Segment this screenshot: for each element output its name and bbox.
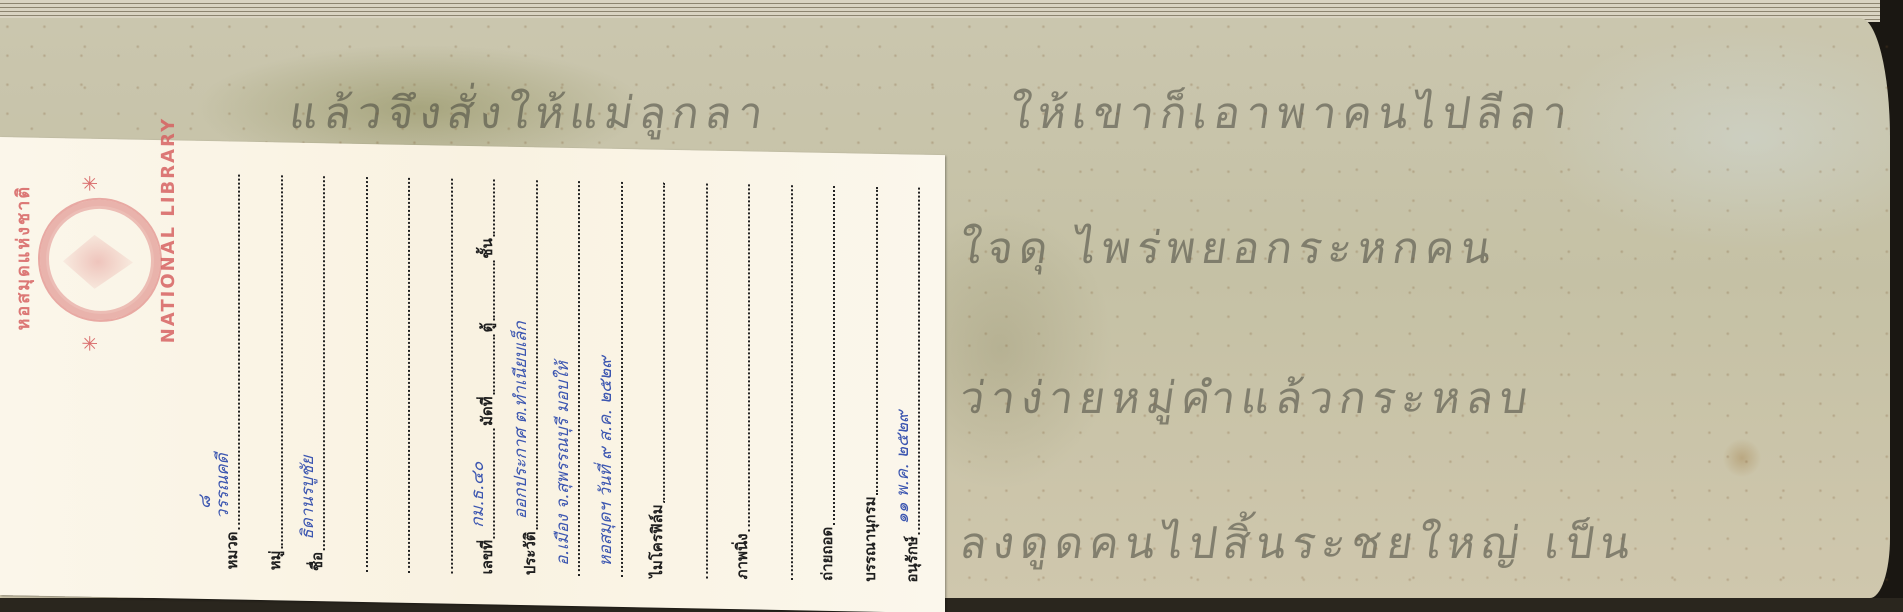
card-field-row bbox=[771, 185, 797, 580]
field-dotted-line bbox=[833, 186, 835, 525]
field-label: อนุรักษ์ bbox=[900, 534, 924, 583]
field-label: ภาพนิ่ง bbox=[730, 531, 754, 579]
field-label: ถ่ายถอด bbox=[815, 525, 839, 582]
stamp-english-text: NATIONAL LIBRARY bbox=[158, 117, 179, 344]
field-dotted-line bbox=[663, 183, 665, 503]
handwritten-value: วรรณคดี bbox=[209, 453, 236, 520]
card-field-row: เลขที่กม.ธ.๔๐มัดที่ตู้ชั้น bbox=[473, 179, 499, 574]
field-dotted-line bbox=[791, 185, 793, 580]
card-field-row bbox=[346, 177, 372, 572]
field-dotted-line bbox=[493, 334, 495, 394]
field-label: หมวด bbox=[220, 529, 244, 569]
field-sub-label: มัดที่ bbox=[475, 394, 499, 428]
field-dotted-line: หอสมุดฯ วันที่ ๙ ส.ค. ๒๕๒๙ bbox=[621, 182, 623, 577]
field-dotted-line: กม.ธ.๔๐ bbox=[493, 428, 495, 538]
handwritten-note: ๘ bbox=[191, 496, 218, 510]
card-field-row: ภาพนิ่ง bbox=[728, 184, 754, 579]
catalog-card: ✳ ✳ หอสมุดแห่งชาติ NATIONAL LIBRARY หมวด… bbox=[0, 137, 945, 612]
card-field-row: ประวัติออกประกาศ ต.ทำเนียบเล็ก bbox=[516, 180, 542, 575]
field-label: ไมโครฟิล์ม bbox=[645, 502, 669, 578]
field-dotted-line bbox=[408, 178, 410, 573]
field-label: บรรณานุกรม bbox=[858, 494, 882, 582]
star-icon: ✳ bbox=[78, 335, 102, 352]
card-field-row: ชื่อธิดานรบูชัย bbox=[303, 176, 329, 571]
field-dotted-line bbox=[281, 175, 283, 548]
field-sub-label: ตู้ bbox=[475, 320, 499, 334]
card-field-row bbox=[388, 177, 414, 572]
star-icon: ✳ bbox=[78, 175, 102, 192]
manuscript-line: ใจดุ ไพร่พยอกระหกคน bbox=[955, 213, 1502, 283]
field-dotted-line: อ.เมือง จ.สุพรรณบุรี มอบให้ bbox=[578, 181, 580, 576]
field-dotted-line bbox=[748, 184, 750, 531]
field-label: หมู่ bbox=[263, 548, 287, 570]
field-label: ชื่อ bbox=[305, 550, 329, 572]
field-label: เลขที่ bbox=[475, 538, 499, 575]
card-field-row bbox=[686, 183, 712, 578]
field-dotted-line bbox=[493, 261, 495, 321]
field-dotted-line bbox=[493, 179, 495, 236]
handwritten-value: กม.ธ.๔๐ bbox=[464, 462, 491, 528]
field-dotted-line bbox=[366, 177, 368, 572]
handwritten-value: ๑๑ พ.ค. ๒๕๒๙ bbox=[889, 410, 916, 524]
card-field-row: หมวดวรรณคดี๘ bbox=[218, 174, 244, 569]
card-field-row: อนุรักษ์๑๑ พ.ค. ๒๕๒๙ bbox=[898, 187, 924, 582]
manuscript-line: ว่าง่ายหมู่คำแล้วกระหลบ bbox=[955, 363, 1538, 433]
card-field-row: ถ่ายถอด bbox=[813, 186, 839, 581]
card-field-row: บรรณานุกรม bbox=[856, 186, 882, 581]
manuscript-line: ให้เขาก็เอาพาคนไปลีลา bbox=[1005, 78, 1578, 148]
manuscript-line: แล้วจึงสั่งให้แม่ลูกลา bbox=[285, 78, 774, 148]
field-dotted-line bbox=[706, 184, 708, 579]
field-dotted-line bbox=[451, 179, 453, 574]
field-dotted-line: ธิดานรบูชัย bbox=[323, 176, 325, 550]
handwritten-value: หอสมุดฯ วันที่ ๙ ส.ค. ๒๕๒๙ bbox=[592, 356, 619, 567]
field-dotted-line bbox=[876, 187, 878, 495]
card-field-row: ไมโครฟิล์ม bbox=[643, 182, 669, 577]
manuscript-line: ลงดูดคนไปสิ้นระชยใหญ่ เป็น bbox=[955, 508, 1641, 578]
handwritten-value: อ.เมือง จ.สุพรรณบุรี มอบให้ bbox=[549, 361, 576, 566]
card-field-row bbox=[431, 178, 457, 573]
card-field-row: หมู่ bbox=[261, 175, 287, 570]
stamp-thai-text: หอสมุดแห่งชาติ bbox=[8, 185, 37, 331]
field-dotted-line: ๑๑ พ.ค. ๒๕๒๙ bbox=[918, 188, 920, 535]
national-library-stamp: ✳ ✳ หอสมุดแห่งชาติ NATIONAL LIBRARY bbox=[8, 170, 188, 353]
handwritten-value: ธิดานรบูชัย bbox=[294, 455, 321, 540]
handwritten-value: ออกประกาศ ต.ทำเนียบเล็ก bbox=[507, 321, 534, 519]
catalog-card-rotated-content: ✳ ✳ หอสมุดแห่งชาติ NATIONAL LIBRARY หมวด… bbox=[0, 137, 945, 612]
field-sub-label: ชั้น bbox=[475, 236, 499, 261]
field-dotted-line: ออกประกาศ ต.ทำเนียบเล็ก bbox=[536, 180, 538, 529]
field-label: ประวัติ bbox=[518, 529, 542, 575]
card-field-row: หอสมุดฯ วันที่ ๙ ส.ค. ๒๕๒๙ bbox=[601, 182, 627, 577]
card-field-row: อ.เมือง จ.สุพรรณบุรี มอบให้ bbox=[558, 181, 584, 576]
field-dotted-line: วรรณคดี bbox=[238, 175, 240, 530]
